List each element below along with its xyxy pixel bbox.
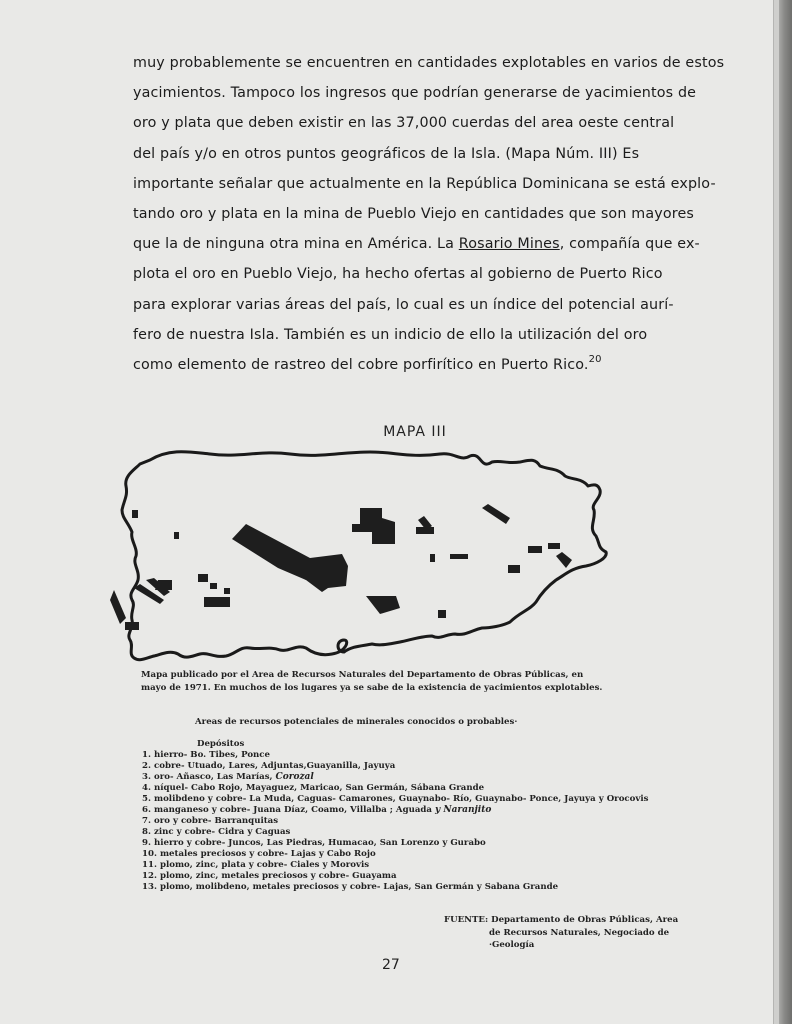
text-line: yacimientos. Tampoco los ingresos que po… xyxy=(133,78,713,108)
text-line: tando oro y plata en la mina de Pueblo V… xyxy=(133,199,713,229)
text-line: como elemento de rastreo del cobre porfi… xyxy=(133,350,713,380)
deposit-number: 8. xyxy=(142,827,151,837)
text-line: oro y plata que deben existir en las 37,… xyxy=(133,108,713,138)
deposit-text: plomo, zinc, metales preciosos y cobre- … xyxy=(160,871,397,881)
text-line: fero de nuestra Isla. También es un indi… xyxy=(133,320,713,350)
deposit-item: 11. plomo, zinc, plata y cobre- Ciales y… xyxy=(142,860,649,871)
text-fragment: , compañía que ex- xyxy=(560,236,700,252)
deposit-item: 10. metales preciosos y cobre- Lajas y C… xyxy=(142,849,649,860)
deposit-number: 13. xyxy=(142,882,157,892)
deposit-text: plomo, molibdeno, metales preciosos y co… xyxy=(160,882,558,892)
deposit-item: 8. zinc y cobre- Cidra y Caguas xyxy=(142,827,649,838)
page-number: 27 xyxy=(382,957,400,973)
text-fragment: que la de ninguna otra mina en América. … xyxy=(133,236,459,252)
caption-line: Mapa publicado por el Area de Recursos N… xyxy=(141,669,721,682)
deposit-item: 7. oro y cobre- Barranquitas xyxy=(142,816,649,827)
text-line: que la de ninguna otra mina en América. … xyxy=(133,229,713,259)
deposit-number: 7. xyxy=(142,816,151,826)
map-caption: Mapa publicado por el Area de Recursos N… xyxy=(141,669,721,694)
deposit-text: molibdeno y cobre- La Muda, Caguas- Cama… xyxy=(154,794,649,804)
deposit-number: 11. xyxy=(142,860,157,870)
deposit-number: 9. xyxy=(142,838,151,848)
deposit-number: 1. xyxy=(142,750,151,760)
deposit-item: 13. plomo, molibdeno, metales preciosos … xyxy=(142,882,649,893)
deposit-text: oro y cobre- Barranquitas xyxy=(154,816,278,826)
deposit-text: zinc y cobre- Cidra y Caguas xyxy=(154,827,290,837)
text-line: muy probablemente se encuentren en canti… xyxy=(133,48,713,78)
deposit-item: 6. manganeso y cobre- Juana Díaz, Coamo,… xyxy=(142,805,649,816)
source-line: de Recursos Naturales, Negociado de xyxy=(444,927,678,940)
deposit-number: 5. xyxy=(142,794,151,804)
deposit-number: 4. xyxy=(142,783,151,793)
deposit-item: 1. hierro- Bo. Tibes, Ponce xyxy=(142,750,649,761)
source-label: FUENTE: xyxy=(444,915,488,925)
source-note: FUENTE: Departamento de Obras Públicas, … xyxy=(444,914,678,952)
deposit-text: níquel- Cabo Rojo, Mayaguez, Maricao, Sa… xyxy=(154,783,484,793)
deposits-list: 1. hierro- Bo. Tibes, Ponce 2. cobre- Ut… xyxy=(142,750,649,893)
deposit-number: 2. xyxy=(142,761,151,771)
deposit-text: plomo, zinc, plata y cobre- Ciales y Mor… xyxy=(160,860,369,870)
text-fragment: como elemento de rastreo del cobre porfi… xyxy=(133,357,589,373)
handwritten-annotation: y Naranjito xyxy=(435,805,491,815)
source-line: Departamento de Obras Públicas, Area xyxy=(491,915,678,925)
book-binding-shadow xyxy=(779,0,792,1024)
deposit-item: 2. cobre- Utuado, Lares, Adjuntas,Guayan… xyxy=(142,761,649,772)
deposit-text: cobre- Utuado, Lares, Adjuntas,Guayanill… xyxy=(154,761,395,771)
deposit-item: 5. molibdeno y cobre- La Muda, Caguas- C… xyxy=(142,794,649,805)
text-line: para explorar varias áreas del país, lo … xyxy=(133,290,713,320)
deposit-text: manganeso y cobre- Juana Díaz, Coamo, Vi… xyxy=(154,805,432,815)
deposit-item: 4. níquel- Cabo Rojo, Mayaguez, Maricao,… xyxy=(142,783,649,794)
deposit-text: hierro- Bo. Tibes, Ponce xyxy=(154,750,270,760)
puerto-rico-mineral-map xyxy=(110,440,710,670)
deposit-text: metales preciosos y cobre- Lajas y Cabo … xyxy=(160,849,376,859)
handwritten-annotation: Corozal xyxy=(276,772,314,782)
deposit-number: 12. xyxy=(142,871,157,881)
areas-heading: Areas de recursos potenciales de mineral… xyxy=(195,717,517,727)
body-paragraph: muy probablemente se encuentren en canti… xyxy=(133,48,713,380)
deposit-item: 3. oro- Añasco, Las Marías, Corozal xyxy=(142,772,649,783)
deposit-text: oro- Añasco, Las Marías, xyxy=(154,772,273,782)
deposit-text: hierro y cobre- Juncos, Las Piedras, Hum… xyxy=(154,838,486,848)
text-line: plota el oro en Pueblo Viejo, ha hecho o… xyxy=(133,259,713,289)
source-line: ·Geología xyxy=(444,939,678,952)
deposit-item: 9. hierro y cobre- Juncos, Las Piedras, … xyxy=(142,838,649,849)
mineral-deposit-areas xyxy=(110,504,572,630)
map-title: MAPA III xyxy=(0,424,792,440)
deposit-number: 6. xyxy=(142,805,151,815)
deposit-number: 3. xyxy=(142,772,151,782)
text-line: importante señalar que actualmente en la… xyxy=(133,169,713,199)
caption-line: mayo de 1971. En muchos de los lugares y… xyxy=(141,682,721,695)
footnote-reference: 20 xyxy=(589,354,602,365)
rosario-mines-underlined: Rosario Mines xyxy=(459,236,560,252)
island-outline xyxy=(122,452,606,660)
text-line: del país y/o en otros puntos geográficos… xyxy=(133,139,713,169)
deposit-number: 10. xyxy=(142,849,157,859)
deposits-heading: Depósitos xyxy=(197,739,244,749)
deposit-item: 12. plomo, zinc, metales preciosos y cob… xyxy=(142,871,649,882)
